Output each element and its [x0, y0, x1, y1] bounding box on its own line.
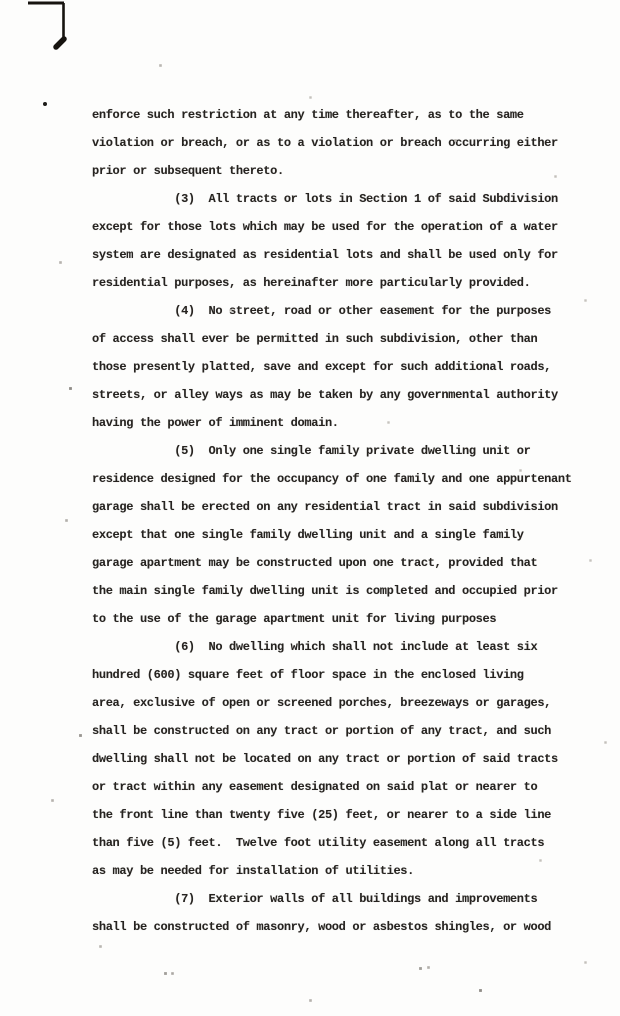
text-line: the main single family dwelling unit is …: [92, 577, 602, 605]
text-line: (4) No street, road or other easement fo…: [92, 297, 602, 325]
text-line: enforce such restriction at any time the…: [92, 101, 602, 129]
text-line: system are designated as residential lot…: [92, 241, 602, 269]
text-line: of access shall ever be permitted in suc…: [92, 325, 602, 353]
pen-mark-icon: [0, 0, 80, 60]
text-line: to the use of the garage apartment unit …: [92, 605, 602, 633]
paragraph: (5) Only one single family private dwell…: [92, 437, 602, 633]
ink-dot: [43, 102, 47, 106]
paragraph: (4) No street, road or other easement fo…: [92, 297, 602, 437]
paragraph: (6) No dwelling which shall not include …: [92, 633, 602, 885]
text-line: residence designed for the occupancy of …: [92, 465, 602, 493]
paragraph: enforce such restriction at any time the…: [92, 101, 602, 185]
text-line: streets, or alley ways as may be taken b…: [92, 381, 602, 409]
text-line: those presently platted, save and except…: [92, 353, 602, 381]
text-line: except for those lots which may be used …: [92, 213, 602, 241]
text-line: having the power of imminent domain.: [92, 409, 602, 437]
text-block: enforce such restriction at any time the…: [92, 101, 602, 941]
text-line: violation or breach, or as to a violatio…: [92, 129, 602, 157]
text-line: garage shall be erected on any residenti…: [92, 493, 602, 521]
text-line: (3) All tracts or lots in Section 1 of s…: [92, 185, 602, 213]
text-line: shall be constructed of masonry, wood or…: [92, 913, 602, 941]
text-line: or tract within any easement designated …: [92, 773, 602, 801]
text-line: the front line than twenty five (25) fee…: [92, 801, 602, 829]
text-line: as may be needed for installation of uti…: [92, 857, 602, 885]
text-line: except that one single family dwelling u…: [92, 521, 602, 549]
text-line: (5) Only one single family private dwell…: [92, 437, 602, 465]
text-line: dwelling shall not be located on any tra…: [92, 745, 602, 773]
text-line: (6) No dwelling which shall not include …: [92, 633, 602, 661]
text-line: area, exclusive of open or screened porc…: [92, 689, 602, 717]
scanned-page: enforce such restriction at any time the…: [0, 0, 620, 1016]
paragraph: (3) All tracts or lots in Section 1 of s…: [92, 185, 602, 297]
text-line: prior or subsequent thereto.: [92, 157, 602, 185]
text-line: garage apartment may be constructed upon…: [92, 549, 602, 577]
scan-noise: [0, 0, 1, 1]
text-line: (7) Exterior walls of all buildings and …: [92, 885, 602, 913]
text-line: than five (5) feet. Twelve foot utility …: [92, 829, 602, 857]
text-line: shall be constructed on any tract or por…: [92, 717, 602, 745]
text-line: residential purposes, as hereinafter mor…: [92, 269, 602, 297]
text-line: hundred (600) square feet of floor space…: [92, 661, 602, 689]
paragraph: (7) Exterior walls of all buildings and …: [92, 885, 602, 941]
